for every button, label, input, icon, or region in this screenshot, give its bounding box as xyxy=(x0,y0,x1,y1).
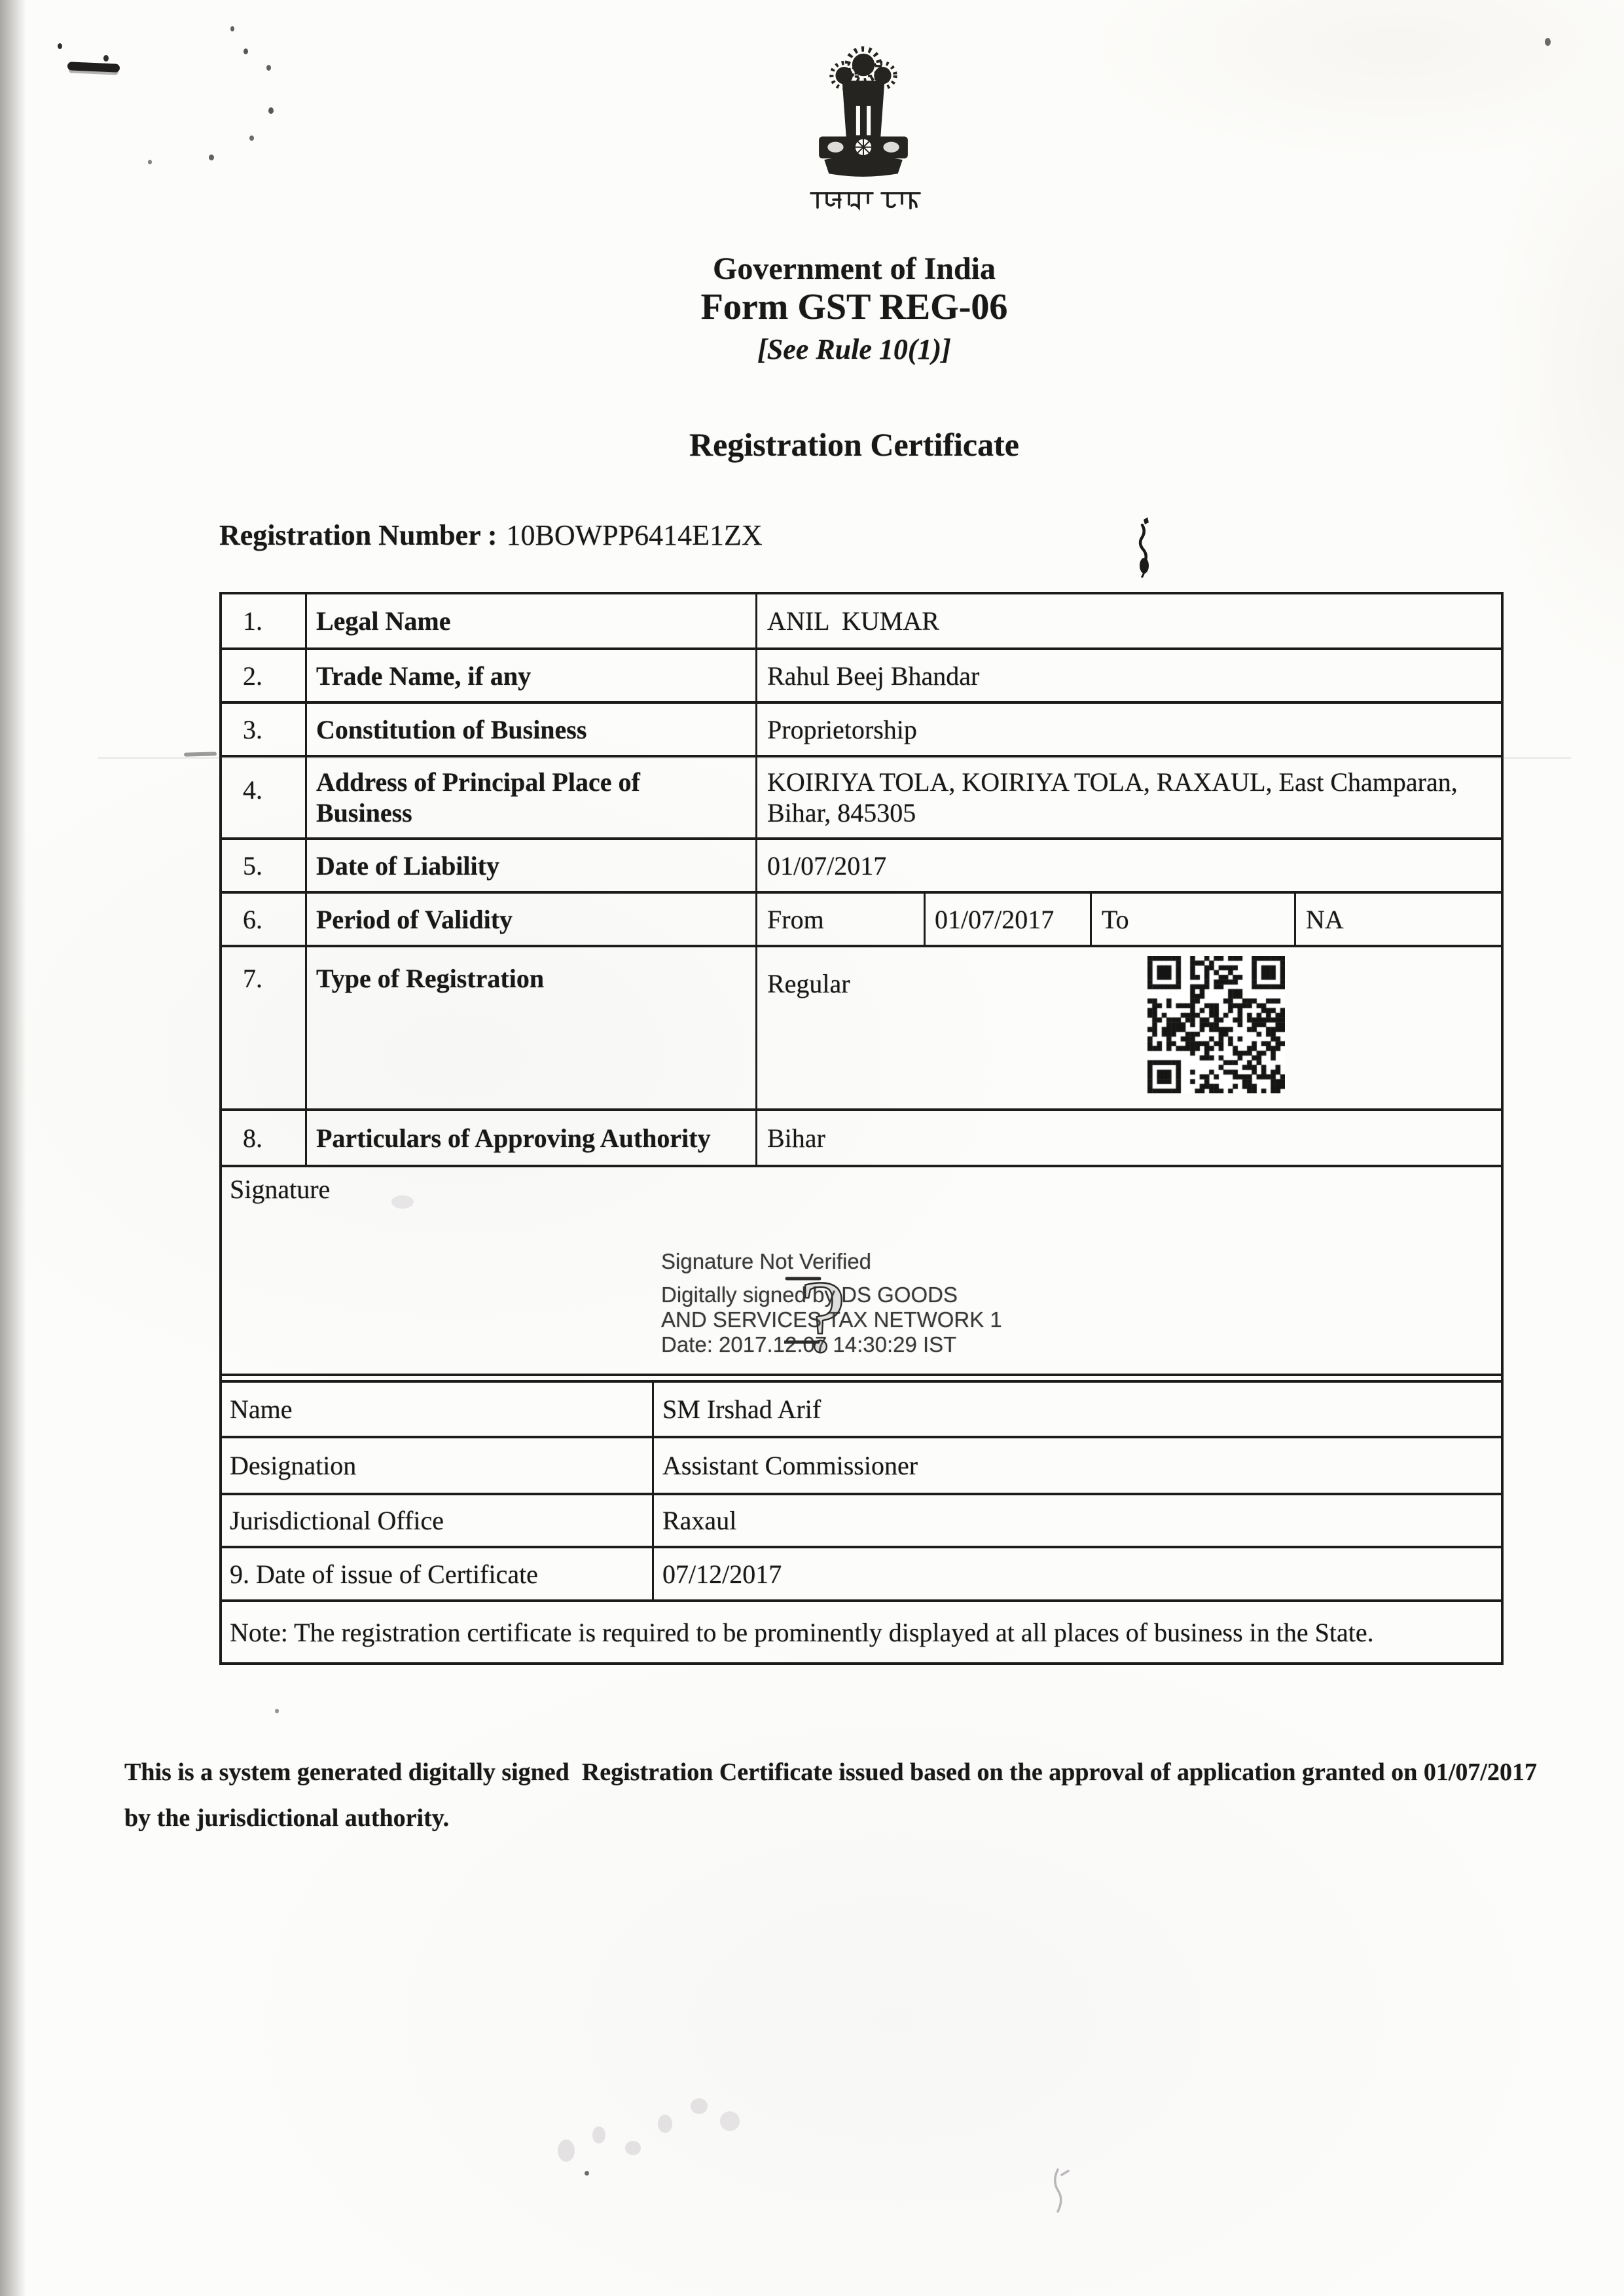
form-title: Form GST REG-06 xyxy=(98,286,1610,328)
label-cell: Constitution of Business xyxy=(305,704,755,755)
registration-number-line: Registration Number :10BOWPP6414E1ZX xyxy=(219,519,763,552)
pencil-squiggle xyxy=(1042,2168,1075,2214)
dust-speck xyxy=(244,48,248,54)
validity-from-label: From xyxy=(755,894,924,945)
certificate-title: Registration Certificate xyxy=(98,426,1610,464)
label-cell: Trade Name, if any xyxy=(305,650,755,701)
registration-table: 1. Legal Name ANIL KUMAR 2. Trade Name, … xyxy=(219,592,1504,1665)
scan-edge-shadow xyxy=(0,0,26,2296)
dust-speck xyxy=(268,107,274,114)
label-cell: Name xyxy=(222,1383,652,1436)
value-cell: Proprietorship xyxy=(755,704,1501,755)
label-cell: Particulars of Approving Authority xyxy=(305,1111,755,1165)
registration-number-label: Registration Number : xyxy=(219,519,497,551)
dust-speck xyxy=(585,2171,589,2176)
table-row-officer-name: Name SM Irshad Arif xyxy=(222,1380,1501,1436)
registration-number-value: 10BOWPP6414E1ZX xyxy=(506,519,762,551)
qr-code xyxy=(1147,956,1285,1093)
dust-speck xyxy=(275,1709,279,1713)
label-cell: Legal Name xyxy=(305,594,755,647)
value-cell: Regular xyxy=(755,947,1501,1108)
value-cell: Raxaul xyxy=(652,1495,1501,1546)
issuer-title: Government of India xyxy=(98,251,1610,287)
serial-cell: 3. xyxy=(222,704,305,755)
pencil-smudge xyxy=(558,2140,575,2162)
pencil-smudge xyxy=(625,2141,641,2155)
table-row-legal-name: 1. Legal Name ANIL KUMAR xyxy=(222,594,1501,647)
label-cell: Designation xyxy=(222,1438,652,1493)
serial-cell: 7. xyxy=(222,947,305,1108)
serial-cell: 8. xyxy=(222,1111,305,1165)
dust-speck xyxy=(230,26,234,31)
label-cell: Jurisdictional Office xyxy=(222,1495,652,1546)
footer-statement: This is a system generated digitally sig… xyxy=(124,1749,1537,1841)
india-national-emblem-icon xyxy=(814,38,913,185)
label-cell: Type of Registration xyxy=(305,947,755,1108)
table-row-approving-authority: 8. Particulars of Approving Authority Bi… xyxy=(222,1108,1501,1165)
table-row-period-of-validity: 6. Period of Validity From 01/07/2017 To… xyxy=(222,891,1501,945)
dust-speck xyxy=(58,43,62,49)
label-cell: Address of Principal Place of Business xyxy=(305,757,755,837)
table-row-type-of-registration: 7. Type of Registration Regular xyxy=(222,945,1501,1108)
table-row-date-of-issue: 9. Date of issue of Certificate 07/12/20… xyxy=(222,1546,1501,1599)
note-row: Note: The registration certificate is re… xyxy=(222,1599,1501,1662)
ink-dash-mark xyxy=(67,62,120,72)
value-cell: Assistant Commissioner xyxy=(652,1438,1501,1493)
table-row-trade-name: 2. Trade Name, if any Rahul Beej Bhandar xyxy=(222,647,1501,701)
validity-to-label: To xyxy=(1090,894,1294,945)
pencil-smudge xyxy=(691,2098,708,2114)
dust-speck xyxy=(266,65,271,71)
validity-to-value: NA xyxy=(1294,894,1501,945)
value-cell: Bihar xyxy=(755,1111,1501,1165)
label-cell: Period of Validity xyxy=(305,894,755,945)
rule-reference: [See Rule 10(1)] xyxy=(98,333,1610,366)
label-cell: Date of Liability xyxy=(305,840,755,891)
table-row-constitution: 3. Constitution of Business Proprietorsh… xyxy=(222,701,1501,755)
value-cell: ANIL KUMAR xyxy=(755,594,1501,647)
dust-speck xyxy=(148,160,152,164)
pencil-smudge xyxy=(592,2126,605,2143)
table-row-designation: Designation Assistant Commissioner xyxy=(222,1436,1501,1493)
serial-cell: 6. xyxy=(222,894,305,945)
question-mark-stamp-icon: ? xyxy=(784,1265,871,1371)
signature-label: Signature xyxy=(230,1174,330,1205)
serial-cell: 1. xyxy=(222,594,305,647)
dust-speck xyxy=(209,155,214,160)
serial-cell: 4. xyxy=(222,757,305,837)
table-row-jurisdictional-office: Jurisdictional Office Raxaul xyxy=(222,1493,1501,1546)
dust-speck xyxy=(103,55,109,62)
table-row-date-of-liability: 5. Date of Liability 01/07/2017 xyxy=(222,837,1501,891)
serial-cell: 5. xyxy=(222,840,305,891)
value-cell: KOIRIYA TOLA, KOIRIYA TOLA, RAXAUL, East… xyxy=(755,757,1501,837)
value-cell: SM Irshad Arif xyxy=(652,1383,1501,1436)
ink-scribble-mark xyxy=(1129,516,1159,578)
satyameva-jayate-motto xyxy=(810,189,921,215)
value-cell: 01/07/2017 xyxy=(755,840,1501,891)
dust-speck xyxy=(249,136,254,141)
crease-dash-mark xyxy=(184,752,217,756)
serial-cell: 2. xyxy=(222,650,305,701)
svg-text:?: ? xyxy=(800,1265,846,1371)
value-cell: 07/12/2017 xyxy=(652,1548,1501,1599)
pencil-smudge xyxy=(720,2111,740,2131)
pencil-smudge xyxy=(391,1195,414,1209)
pencil-smudge xyxy=(658,2115,672,2133)
label-cell: 9. Date of issue of Certificate xyxy=(222,1548,652,1599)
dust-speck xyxy=(1545,38,1551,46)
value-cell: Rahul Beej Bhandar xyxy=(755,650,1501,701)
fold-crease xyxy=(98,757,1571,759)
table-row-address: 4. Address of Principal Place of Busines… xyxy=(222,755,1501,837)
scanned-certificate-page: Government of India Form GST REG-06 [See… xyxy=(0,0,1624,2296)
validity-from-value: 01/07/2017 xyxy=(924,894,1090,945)
